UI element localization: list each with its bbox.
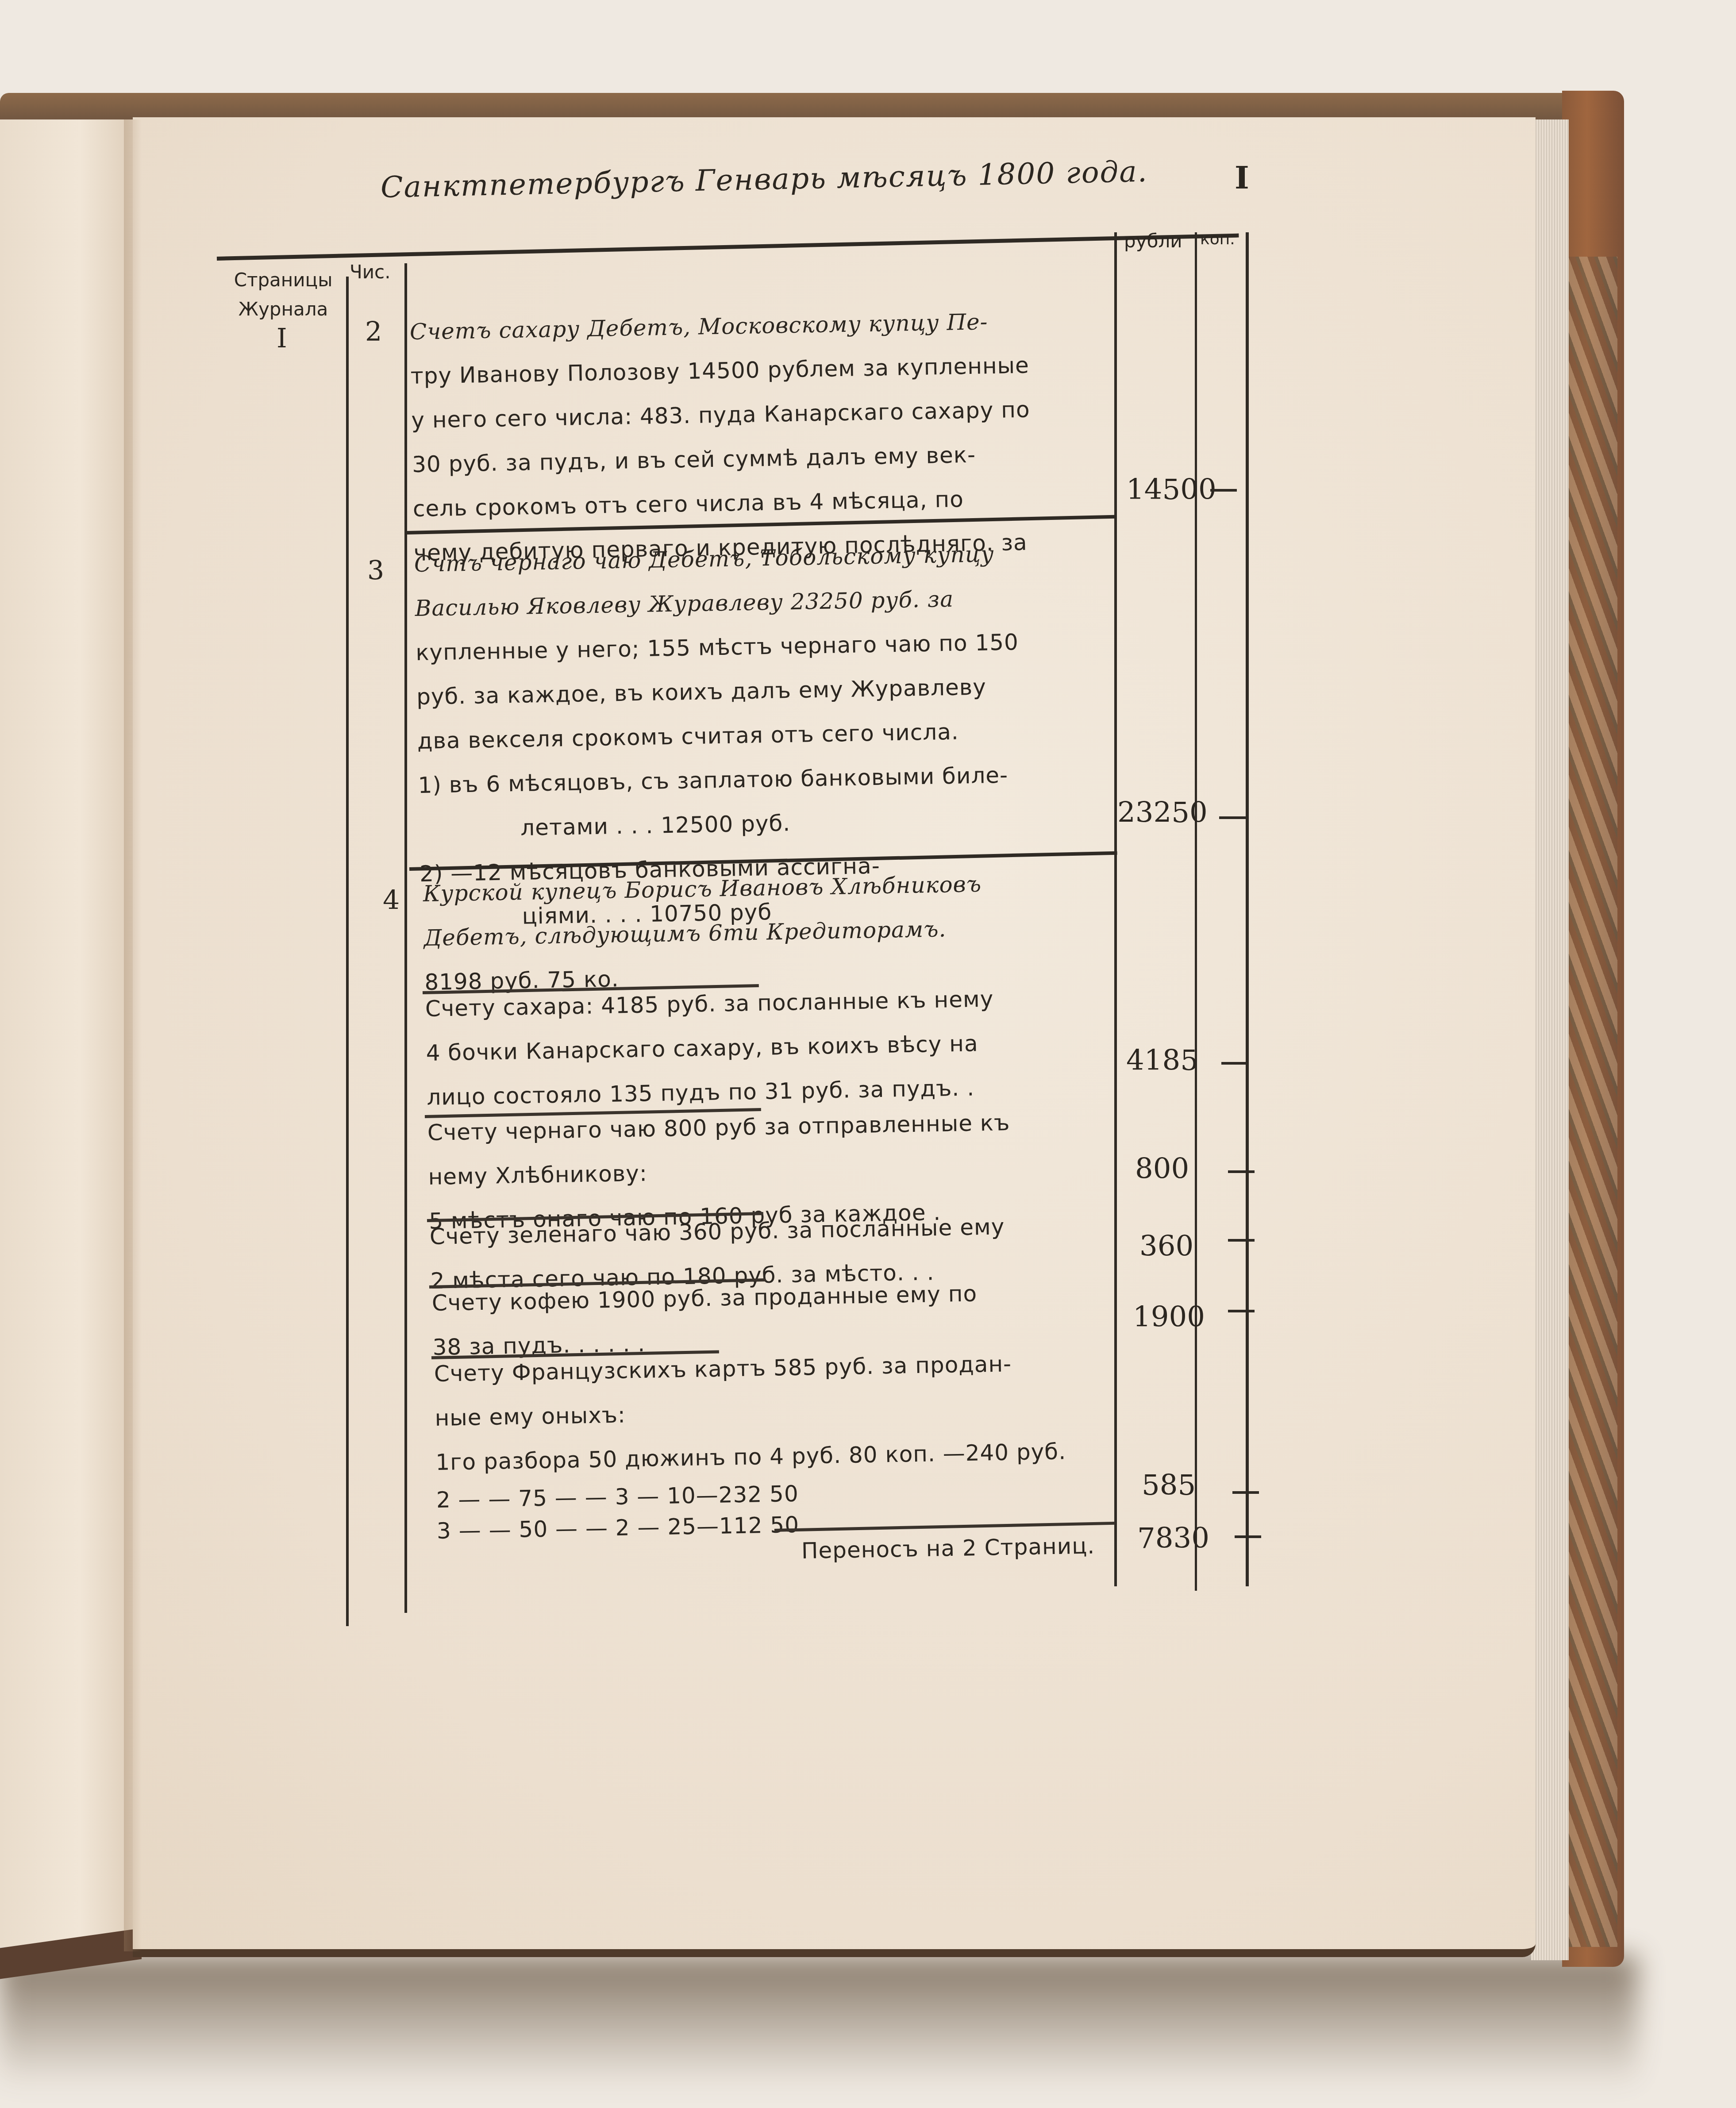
page-number: I bbox=[1235, 159, 1249, 196]
rubles-amount: 585 bbox=[1142, 1469, 1196, 1502]
header-rubles: рубли bbox=[1124, 230, 1182, 252]
kopecks-dash bbox=[1232, 1491, 1259, 1494]
kopecks-dash bbox=[1219, 816, 1246, 819]
kopecks-dash bbox=[1210, 489, 1237, 492]
entry-number: 3 bbox=[367, 555, 384, 586]
kopecks-dash bbox=[1228, 1170, 1255, 1173]
kopecks-dash bbox=[1221, 1062, 1248, 1065]
journal-page-value: I bbox=[277, 323, 287, 354]
header-number: Чис. bbox=[350, 261, 391, 283]
kopecks-dash bbox=[1228, 1310, 1255, 1312]
left-page-sliver bbox=[0, 119, 135, 1947]
rubles-amount: 4185 bbox=[1126, 1044, 1198, 1077]
sub-entry-sugar: Счету сахара: 4185 руб. за посланные къ … bbox=[425, 977, 996, 1119]
rubles-amount: 1900 bbox=[1133, 1301, 1205, 1334]
header-journal-pages: Страницы Журнала bbox=[217, 265, 350, 324]
book-shadow bbox=[0, 1956, 1637, 2089]
entry-number: 2 bbox=[365, 316, 382, 347]
carry-forward-rubles: 7830 bbox=[1137, 1522, 1209, 1555]
carry-forward-label: Переносъ на 2 Страниц. bbox=[801, 1523, 1095, 1573]
page-edges-stack bbox=[1531, 119, 1569, 1960]
header-kopecks: коп. bbox=[1200, 230, 1235, 248]
rubles-amount: 360 bbox=[1139, 1230, 1193, 1263]
kopecks-dash bbox=[1235, 1535, 1261, 1538]
column-rule-text-right bbox=[1114, 232, 1117, 1586]
page-gutter bbox=[124, 119, 142, 1951]
sub-entry-french-cards: Счету Французскихъ картъ 585 руб. за про… bbox=[434, 1341, 1067, 1546]
rubles-amount: 14500 bbox=[1126, 473, 1216, 506]
column-rule-kopecks-right bbox=[1246, 232, 1249, 1586]
column-rule-rubles-right bbox=[1195, 232, 1197, 1591]
rubles-amount: 23250 bbox=[1117, 796, 1208, 829]
column-rule-number bbox=[404, 263, 407, 1613]
rubles-amount: 800 bbox=[1135, 1153, 1189, 1185]
entry-number: 4 bbox=[383, 885, 400, 916]
marbled-endpaper bbox=[1569, 257, 1617, 1947]
column-rule-journal bbox=[346, 277, 349, 1626]
kopecks-dash bbox=[1228, 1239, 1255, 1242]
